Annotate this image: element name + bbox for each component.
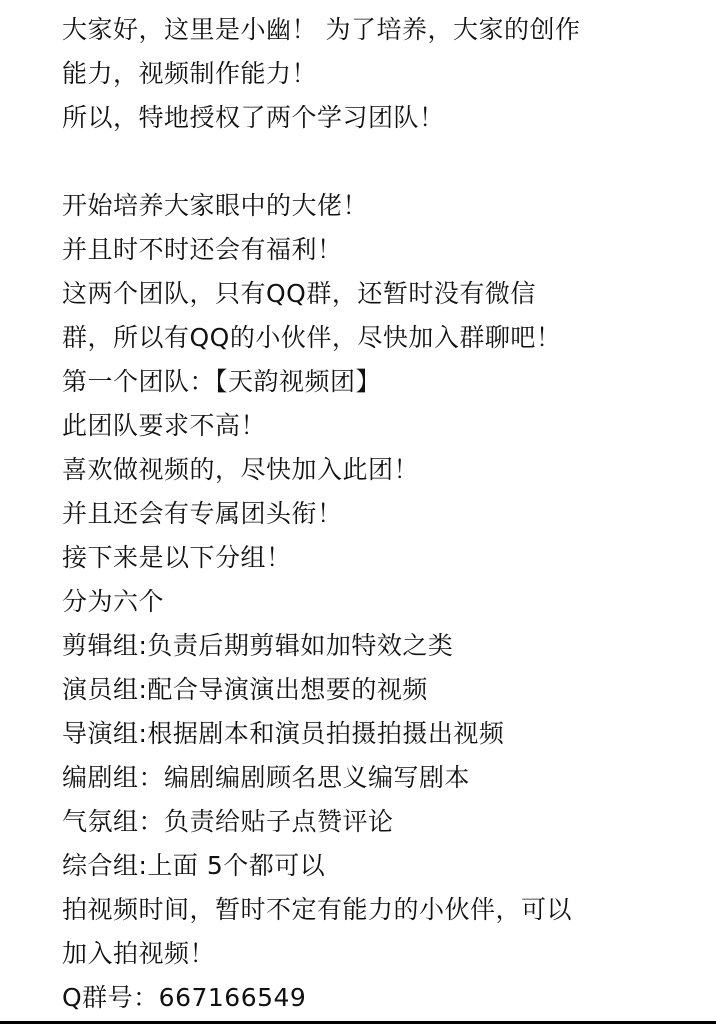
group-line-actors: 演员组:配合导演演出想要的视频	[62, 668, 702, 712]
text-line: 喜欢做视频的，尽快加入此团！	[62, 448, 702, 492]
text-line: 能力，视频制作能力！	[62, 52, 702, 96]
group-line-screenwriters: 编剧组：编剧编剧顾名思义编写剧本	[62, 756, 702, 800]
text-line: 开始培养大家眼中的大佬！	[62, 184, 702, 228]
group-line-general: 综合组:上面 5个都可以	[62, 844, 702, 888]
intro-paragraph: 大家好，这里是小幽！ 为了培养，大家的创作 能力，视频制作能力！ 所以，特地授权…	[62, 8, 702, 140]
details-paragraph: 开始培养大家眼中的大佬！ 并且时不时还会有福利！ 这两个团队，只有QQ群，还暂时…	[62, 184, 702, 1020]
text-line: 接下来是以下分组！	[62, 536, 702, 580]
announcement-document: 大家好，这里是小幽！ 为了培养，大家的创作 能力，视频制作能力！ 所以，特地授权…	[62, 8, 702, 1020]
text-line: 所以，特地授权了两个学习团队！	[62, 96, 702, 140]
text-line: 拍视频时间，暂时不定有能力的小伙伴，可以	[62, 888, 702, 932]
text-line: 分为六个	[62, 580, 702, 624]
qq-group-number: Q群号：667166549	[62, 976, 702, 1020]
text-line: 此团队要求不高！	[62, 404, 702, 448]
text-line: 群，所以有QQ的小伙伴，尽快加入群聊吧！	[62, 316, 702, 360]
team-name-line: 第一个团队：【天韵视频团】	[62, 360, 702, 404]
group-line-editing: 剪辑组:负责后期剪辑如加特效之类	[62, 624, 702, 668]
text-line: 并且时不时还会有福利！	[62, 228, 702, 272]
text-line: 并且还会有专属团头衔！	[62, 492, 702, 536]
text-line: 加入拍视频！	[62, 932, 702, 976]
group-line-atmosphere: 气氛组：负责给贴子点赞评论	[62, 800, 702, 844]
text-line: 大家好，这里是小幽！ 为了培养，大家的创作	[62, 8, 702, 52]
group-line-directors: 导演组:根据剧本和演员拍摄拍摄出视频	[62, 712, 702, 756]
paragraph-spacer	[62, 140, 702, 184]
text-line: 这两个团队，只有QQ群，还暂时没有微信	[62, 272, 702, 316]
